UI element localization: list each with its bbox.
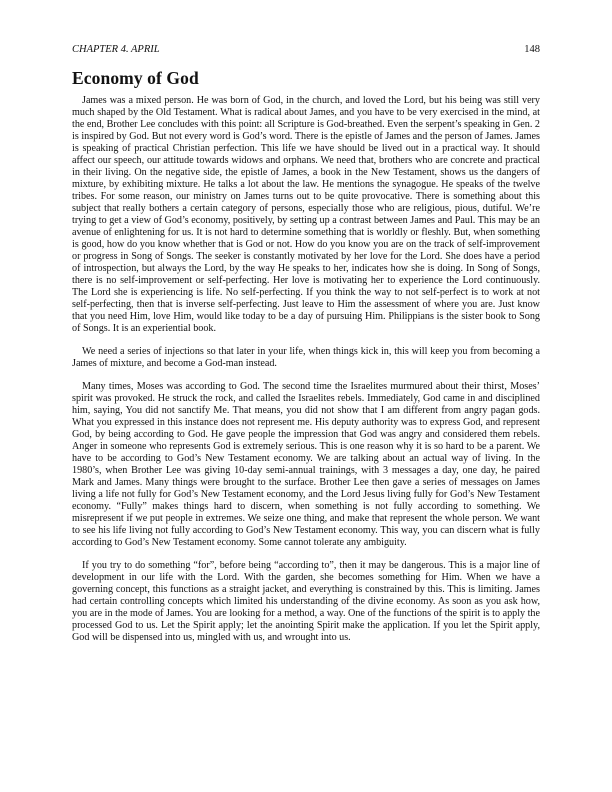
paragraph-2: We need a series of injections so that l… — [72, 346, 540, 370]
page-number: 148 — [524, 44, 540, 55]
paragraph-4: If you try to do something “for”, before… — [72, 560, 540, 644]
paragraph-3: Many times, Moses was according to God. … — [72, 381, 540, 549]
chapter-heading: CHAPTER 4. APRIL — [72, 44, 160, 55]
section-title: Economy of God — [72, 68, 199, 89]
body-text: James was a mixed person. He was born of… — [72, 95, 540, 655]
running-header: CHAPTER 4. APRIL 148 — [72, 44, 540, 58]
paragraph-1: James was a mixed person. He was born of… — [72, 95, 540, 335]
